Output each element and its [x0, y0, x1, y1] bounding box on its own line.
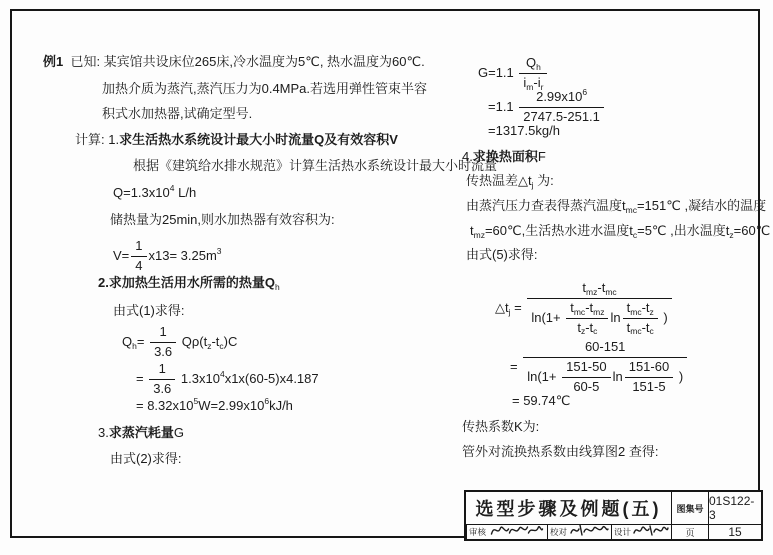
subscript: mc [574, 308, 585, 318]
subscript: c [219, 342, 223, 352]
text-run: 151-50 [566, 360, 606, 375]
text-run: 3.6 [153, 382, 171, 397]
text-run: 1 [135, 239, 142, 254]
fraction: 13.6 [150, 325, 176, 360]
text-run: 由式(2)求得: [110, 452, 182, 467]
subscript: h [132, 342, 137, 352]
text-run: x13= 3.25m [149, 249, 217, 264]
subscript: mz [474, 231, 485, 241]
text-run: 根据《建筑给水排水规范》计算生活热水系统设计最大小时流量 [133, 159, 497, 174]
fraction: tmz-tmcln(1+ tmc-tmztz-tclntmc-tztmc-tc … [527, 281, 671, 336]
fraction: 60-151ln(1+ 151-5060-5ln151-60151-5 ) [523, 340, 687, 395]
reviewer-label: 审核 [469, 526, 486, 538]
text-run: 3.6 [154, 345, 172, 360]
reviewer-signature [486, 521, 547, 539]
text-run: 求生活热水系统设计最大小时流量Q及有效容积V [119, 133, 398, 148]
text-run: -t [211, 335, 219, 350]
formula-q: Q=1.3x104 L/h [113, 186, 196, 201]
fraction: 14 [131, 239, 146, 274]
subscript: mc [605, 288, 616, 298]
text-run: 储热量为25min,则水加热器有效容积为: [110, 213, 335, 228]
subscript: h [275, 283, 280, 293]
text-run: )C [224, 335, 238, 350]
page-label: 页 [671, 524, 708, 539]
text-run: 151-60 [629, 360, 669, 375]
text-run: G [174, 426, 184, 441]
fraction: 13.6 [149, 362, 175, 397]
superscript: 6 [264, 397, 269, 407]
designer-signature [631, 521, 671, 539]
subscript: j [532, 181, 534, 191]
formula-dtj-1: △tj = tmz-tmcln(1+ tmc-tmztz-tclntmc-tzt… [495, 281, 674, 336]
subscript: z [729, 231, 733, 241]
text-run: -t [585, 321, 593, 336]
text-run: -t [642, 301, 650, 316]
formula-g-3: =1317.5kg/h [488, 124, 560, 139]
subscript: c [650, 327, 654, 337]
text-run: 60-5 [573, 380, 599, 395]
proofreader-cell: 校对 [547, 524, 611, 539]
superscript: 4 [220, 370, 225, 380]
text-run: Q [122, 335, 132, 350]
text-run: =1317.5kg/h [488, 124, 560, 139]
steam-temp-line: 由蒸汽压力查表得蒸汽温度tmc=151℃ ,凝结水的温度 [466, 199, 766, 214]
text-run: -t [597, 281, 605, 296]
formula-v: V=14x13= 3.25m3 [113, 239, 222, 274]
subscript: c [633, 231, 637, 241]
fraction: 2.99x1062747.5-251.1 [519, 90, 604, 125]
fraction: 151-60151-5 [625, 360, 673, 395]
calc-step1-heading: 计算: 1.求生活热水系统设计最大小时流量Q及有效容积V [75, 133, 398, 148]
text-run: 60-151 [585, 340, 625, 355]
text-run: 计算: 1. [75, 133, 119, 148]
title-block: 选型步骤及例题(五) 图集号 01S122-3 审核 校对 设计 页 15 [464, 490, 763, 541]
superscript: 3 [217, 247, 222, 257]
subscript: h [536, 63, 541, 73]
text-run: kJ/h [269, 399, 293, 414]
formula-dtj-3: = 59.74℃ [512, 394, 570, 409]
formula-qh-1: Qh= 13.6 Qρ(tz-tc)C [122, 325, 237, 360]
text-run: 2.99x10 [536, 90, 582, 105]
text-run: 积式水加热器,试确定型号. [102, 107, 252, 122]
calc-step4-heading: 4.求换热面积F [462, 150, 546, 165]
text-run: = [511, 301, 526, 316]
formula-qh-2: = 13.6 1.3x104x1x(60-5)x4.187 [136, 362, 319, 397]
text-run: V= [113, 249, 129, 264]
text-run: =1.1 [488, 100, 517, 115]
atlas-number-label: 图集号 [671, 492, 708, 524]
proofreader-signature [567, 521, 611, 539]
atlas-number-value: 01S122-3 [708, 492, 761, 524]
subscript: mc [626, 206, 637, 216]
text-run: 加热介质为蒸汽,蒸汽压力为0.4MPa.若选用弹性管束半容 [102, 82, 427, 97]
text-run: -t [585, 301, 593, 316]
text-run: 例1 [43, 55, 63, 70]
fraction: 151-5060-5 [562, 360, 610, 395]
text-run: -t [642, 321, 650, 336]
text-run: 传热温差△t [466, 174, 532, 189]
subscript: c [593, 327, 597, 337]
superscript: 5 [193, 397, 198, 407]
text-run: 2.求加热生活用水所需的热量Q [98, 276, 275, 291]
document-page: 例1 已知: 某宾馆共设床位265床,冷水温度为5℃, 热水温度为60℃.加热介… [0, 0, 773, 555]
subscript: z [581, 327, 585, 337]
subscript: z [207, 342, 211, 352]
text-run: 由式(5)求得: [466, 248, 538, 263]
text-run: ) [675, 370, 683, 385]
page-number: 15 [708, 524, 761, 539]
given-line-2: 加热介质为蒸汽,蒸汽压力为0.4MPa.若选用弹性管束半容 [102, 82, 427, 97]
fraction: Qhim-ir [519, 56, 547, 91]
text-run: = [510, 360, 521, 375]
text-run: ) [660, 311, 668, 326]
text-run: 传热系数K为: [462, 420, 539, 435]
designer-label: 设计 [614, 526, 631, 538]
sheet-title: 选型步骤及例题(五) [466, 492, 671, 524]
text-run: 4. [462, 150, 473, 165]
fraction: tmc-tztmc-tc [623, 301, 658, 336]
text-run: F [538, 150, 546, 165]
designer-cell: 设计 [611, 524, 671, 539]
text-run: △t [495, 301, 509, 316]
text-run: 151-5 [632, 380, 665, 395]
text-run: 管外对流换热系数由线算图2 查得: [462, 445, 658, 460]
step5-ref-line: 由式(5)求得: [466, 248, 538, 263]
text-run: = 8.32x10 [136, 399, 193, 414]
step1-ref-line: 根据《建筑给水排水规范》计算生活热水系统设计最大小时流量 [133, 159, 497, 174]
superscript: 4 [170, 184, 175, 194]
formula-g-1: G=1.1 Qhim-ir [478, 56, 549, 91]
text-run: 1 [159, 362, 166, 377]
subscript: mz [586, 288, 597, 298]
fraction: tmc-tmztz-tc [566, 301, 608, 336]
subscript: j [509, 308, 511, 318]
document-content: 例1 已知: 某宾馆共设床位265床,冷水温度为5℃, 热水温度为60℃.加热介… [0, 0, 773, 555]
text-run: ln [610, 311, 620, 326]
text-run: 4 [135, 259, 142, 274]
dt-intro-line: 传热温差△tj 为: [466, 174, 554, 189]
text-run: 为: [534, 174, 554, 189]
text-run: =5℃ ,出水温度t [637, 224, 729, 239]
text-run: 1.3x10 [177, 372, 220, 387]
text-run: ln [613, 370, 623, 385]
text-run: =151℃ ,凝结水的温度 [637, 199, 766, 214]
subscript: mc [630, 327, 641, 337]
text-run: W=2.99x10 [198, 399, 264, 414]
formula-g-2: =1.1 2.99x1062747.5-251.1 [488, 90, 606, 125]
text-run: 3. [98, 426, 109, 441]
subscript: z [650, 308, 654, 318]
nomograph-line: 管外对流换热系数由线算图2 查得: [462, 445, 658, 460]
text-run: x1x(60-5)x4.187 [225, 372, 319, 387]
text-run: G=1.1 [478, 66, 517, 81]
water-temp-line: tmz=60℃,生活热水进水温度tc=5℃ ,出水温度tz=60℃ [470, 224, 770, 239]
text-run: 由式(1)求得: [113, 304, 185, 319]
superscript: 6 [582, 88, 587, 98]
step2-ref-line: 由式(1)求得: [113, 304, 185, 319]
k-intro-line: 传热系数K为: [462, 420, 539, 435]
text-run: Q [526, 56, 536, 71]
text-run: L/h [174, 186, 196, 201]
text-run: Q=1.3x10 [113, 186, 170, 201]
formula-qh-3: = 8.32x105W=2.99x106kJ/h [136, 399, 293, 414]
calc-step2-heading: 2.求加热生活用水所需的热量Qh [98, 276, 280, 291]
subscript: mc [630, 308, 641, 318]
text-run: Qρ(t [178, 335, 207, 350]
storage-line: 储热量为25min,则水加热器有效容积为: [110, 213, 335, 228]
given-line-1: 例1 已知: 某宾馆共设床位265床,冷水温度为5℃, 热水温度为60℃. [43, 55, 425, 70]
proofreader-label: 校对 [550, 526, 567, 538]
text-run: 已知: 某宾馆共设床位265床,冷水温度为5℃, 热水温度为60℃. [63, 55, 424, 70]
given-line-3: 积式水加热器,试确定型号. [102, 107, 252, 122]
text-run: =60℃,生活热水进水温度t [485, 224, 633, 239]
text-run: =60℃ [734, 224, 771, 239]
step3-ref-line: 由式(2)求得: [110, 452, 182, 467]
calc-step3-heading: 3.求蒸汽耗量G [98, 426, 184, 441]
text-run: 求蒸汽耗量 [109, 426, 174, 441]
text-run: 1 [160, 325, 167, 340]
subscript: mz [593, 308, 604, 318]
text-run: ln(1+ [527, 370, 560, 385]
text-run: = [136, 372, 147, 387]
text-run: = 59.74℃ [512, 394, 570, 409]
text-run: 由蒸汽压力查表得蒸汽温度t [466, 199, 626, 214]
formula-dtj-2: = 60-151ln(1+ 151-5060-5ln151-60151-5 ) [510, 340, 689, 395]
text-run: 求换热面积 [473, 150, 538, 165]
reviewer-cell: 审核 [466, 524, 547, 539]
text-run: ln(1+ [531, 311, 564, 326]
text-run: = [137, 335, 148, 350]
